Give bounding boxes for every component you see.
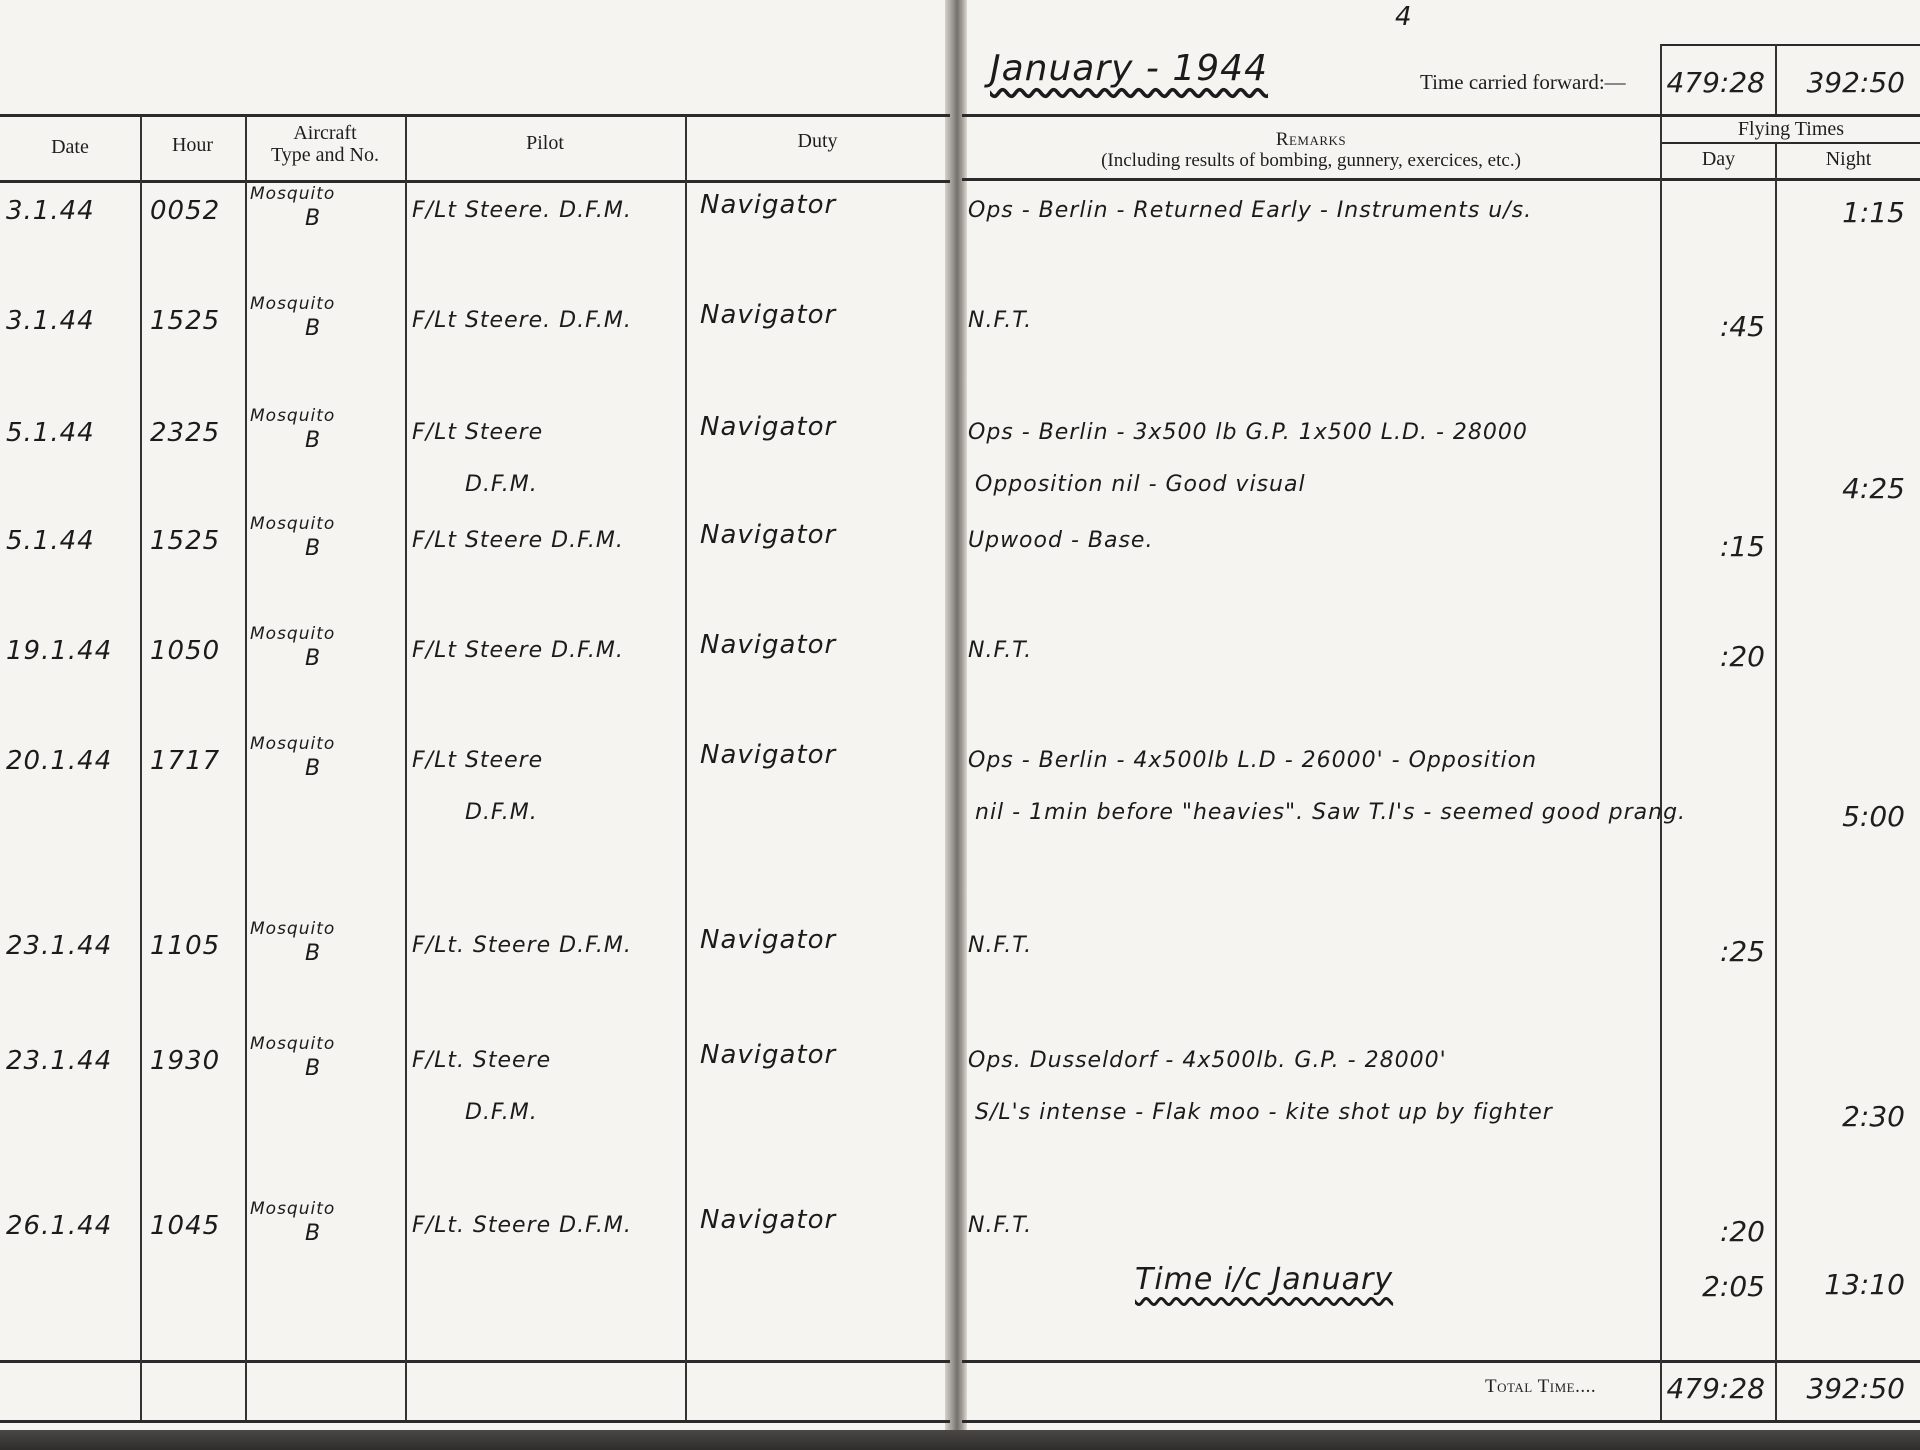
col-rule-date: [140, 116, 142, 1420]
entry-night-time: 2:30: [1780, 1100, 1905, 1133]
entry-aircraft: Mosquito: [250, 184, 335, 204]
entry-hour: 1525: [150, 526, 220, 556]
entry-date: 20.1.44: [6, 746, 112, 776]
entry-pilot-line2: D.F.M.: [465, 472, 538, 497]
flying-times-rule: [1662, 142, 1920, 144]
header-day: Day: [1662, 148, 1775, 170]
col-rule-aircraft: [405, 116, 407, 1420]
entry-hour: 0052: [150, 196, 220, 226]
entry-hour: 1105: [150, 931, 220, 961]
entry-date: 26.1.44: [6, 1211, 112, 1241]
entry-pilot: F/Lt Steere: [412, 420, 543, 445]
entry-aircraft-no: B: [305, 756, 321, 781]
header-aircraft-line1: Aircraft: [245, 122, 405, 144]
entry-duty: Navigator: [700, 1040, 836, 1070]
header-top-rule-right: [962, 114, 1920, 117]
header-remarks-subtitle: (Including results of bombing, gunnery, …: [962, 151, 1660, 172]
entry-date: 19.1.44: [6, 636, 112, 666]
entry-day-time: :20: [1660, 640, 1765, 673]
header-remarks: Remarks (Including results of bombing, g…: [962, 130, 1660, 172]
entry-date: 23.1.44: [6, 931, 112, 961]
entry-duty: Navigator: [700, 190, 836, 220]
monthly-summary-night: 13:10: [1780, 1268, 1905, 1301]
header-night: Night: [1777, 148, 1920, 170]
entry-pilot: F/Lt Steere D.F.M.: [412, 638, 624, 663]
header-hour: Hour: [140, 134, 245, 156]
entry-aircraft-no: B: [305, 206, 321, 231]
entry-remarks-line2: S/L's intense - Flak moo - kite shot up …: [975, 1100, 1553, 1125]
time-carried-forward-label: Time carried forward:—: [1420, 70, 1626, 95]
entry-hour: 2325: [150, 418, 220, 448]
entry-aircraft-no: B: [305, 428, 321, 453]
entry-aircraft: Mosquito: [250, 294, 335, 314]
entry-pilot: F/Lt Steere D.F.M.: [412, 528, 624, 553]
carried-forward-box-divider: [1775, 44, 1777, 116]
entry-hour: 1525: [150, 306, 220, 336]
entry-remarks: N.F.T.: [968, 638, 1032, 663]
footer-top-rule-left: [0, 1360, 950, 1363]
col-rule-hour: [245, 116, 247, 1420]
entry-date: 23.1.44: [6, 1046, 112, 1076]
entry-day-time: :20: [1660, 1215, 1765, 1248]
entry-duty: Navigator: [700, 1205, 836, 1235]
entry-duty: Navigator: [700, 740, 836, 770]
total-time-night: 392:50: [1780, 1372, 1905, 1405]
entry-remarks: Ops. Dusseldorf - 4x500lb. G.P. - 28000': [968, 1048, 1447, 1073]
entry-hour: 1050: [150, 636, 220, 666]
entry-hour: 1717: [150, 746, 220, 776]
entry-night-time: 1:15: [1780, 196, 1905, 229]
book-spine: [945, 0, 967, 1430]
entry-pilot: F/Lt Steere: [412, 748, 543, 773]
header-flying-times: Flying Times: [1662, 118, 1920, 140]
header-duty: Duty: [685, 130, 950, 152]
entry-aircraft: Mosquito: [250, 514, 335, 534]
col-rule-day: [1775, 144, 1777, 1420]
carried-forward-day: 479:28: [1660, 66, 1765, 99]
carried-forward-box-left: [1660, 44, 1662, 116]
entry-remarks: N.F.T.: [968, 933, 1032, 958]
monthly-summary-day: 2:05: [1660, 1270, 1765, 1303]
carried-forward-box-top: [1660, 44, 1920, 46]
entry-night-time: 5:00: [1780, 800, 1905, 833]
entry-pilot: F/Lt Steere. D.F.M.: [412, 308, 632, 333]
page-bottom-edge: [0, 1430, 1920, 1450]
entry-pilot: F/Lt. Steere: [412, 1048, 551, 1073]
entry-night-time: 4:25: [1780, 472, 1905, 505]
entry-date: 5.1.44: [6, 526, 95, 556]
entry-duty: Navigator: [700, 412, 836, 442]
header-date: Date: [0, 136, 140, 158]
entry-remarks-line2: nil - 1min before "heavies". Saw T.I's -…: [975, 800, 1686, 825]
col-rule-pilot: [685, 116, 687, 1420]
header-remarks-title: Remarks: [962, 130, 1660, 151]
entry-remarks: Ops - Berlin - 4x500lb L.D - 26000' - Op…: [968, 748, 1537, 773]
header-aircraft-line2: Type and No.: [245, 144, 405, 166]
entry-pilot-line2: D.F.M.: [465, 800, 538, 825]
entry-pilot: F/Lt. Steere D.F.M.: [412, 1213, 632, 1238]
entry-aircraft-no: B: [305, 536, 321, 561]
entry-aircraft: Mosquito: [250, 624, 335, 644]
entry-pilot: F/Lt Steere. D.F.M.: [412, 198, 632, 223]
entry-date: 3.1.44: [6, 196, 95, 226]
entry-hour: 1930: [150, 1046, 220, 1076]
entry-aircraft: Mosquito: [250, 734, 335, 754]
entry-duty: Navigator: [700, 300, 836, 330]
header-top-rule-left: [0, 114, 950, 117]
entry-duty: Navigator: [700, 630, 836, 660]
entry-remarks: Ops - Berlin - 3x500 lb G.P. 1x500 L.D. …: [968, 420, 1528, 445]
header-pilot: Pilot: [405, 132, 685, 154]
entry-aircraft-no: B: [305, 1056, 321, 1081]
entry-remarks: N.F.T.: [968, 308, 1032, 333]
entry-day-time: :25: [1660, 935, 1765, 968]
entry-remarks-line2: Opposition nil - Good visual: [975, 472, 1306, 497]
entry-hour: 1045: [150, 1211, 220, 1241]
entry-remarks: N.F.T.: [968, 1213, 1032, 1238]
entry-duty: Navigator: [700, 520, 836, 550]
carried-forward-night: 392:50: [1780, 66, 1905, 99]
entry-aircraft: Mosquito: [250, 406, 335, 426]
entry-day-time: :45: [1660, 310, 1765, 343]
month-title: January - 1944: [990, 48, 1268, 89]
entry-remarks: Upwood - Base.: [968, 528, 1153, 553]
entry-aircraft: Mosquito: [250, 1199, 335, 1219]
monthly-summary-label: Time i/c January: [1135, 1262, 1393, 1297]
entry-aircraft: Mosquito: [250, 1034, 335, 1054]
entry-aircraft-no: B: [305, 316, 321, 341]
entry-duty: Navigator: [700, 925, 836, 955]
entry-aircraft: Mosquito: [250, 919, 335, 939]
entry-aircraft-no: B: [305, 941, 321, 966]
entry-date: 3.1.44: [6, 306, 95, 336]
entry-pilot-line2: D.F.M.: [465, 1100, 538, 1125]
footer-bottom-rule-right: [962, 1420, 1920, 1423]
footer-bottom-rule-left: [0, 1420, 950, 1423]
total-time-day: 479:28: [1660, 1372, 1765, 1405]
page-number: 4: [1395, 2, 1413, 32]
header-aircraft: Aircraft Type and No.: [245, 122, 405, 166]
header-bottom-rule-left: [0, 180, 950, 183]
entry-pilot: F/Lt. Steere D.F.M.: [412, 933, 632, 958]
entry-aircraft-no: B: [305, 646, 321, 671]
entry-remarks: Ops - Berlin - Returned Early - Instrume…: [968, 198, 1532, 223]
entry-day-time: :15: [1660, 530, 1765, 563]
total-time-label: Total Time....: [1485, 1376, 1596, 1398]
entry-aircraft-no: B: [305, 1221, 321, 1246]
entry-date: 5.1.44: [6, 418, 95, 448]
